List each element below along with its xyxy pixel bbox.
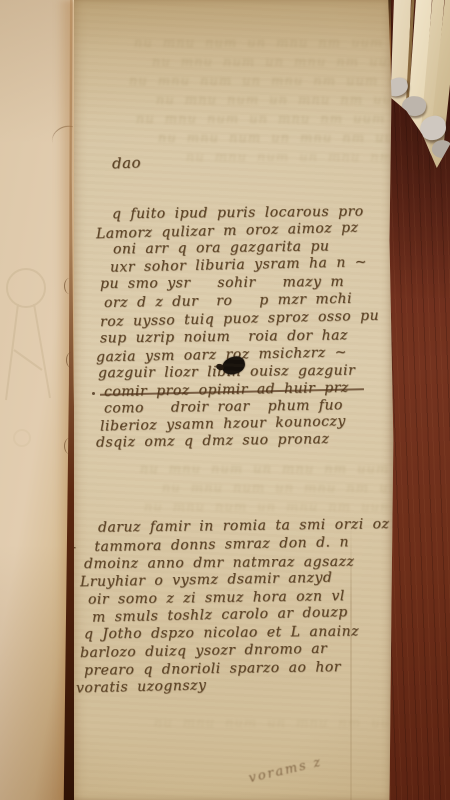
manuscript-line: sup uzrip noium roia dor haz — [100, 328, 348, 345]
manuscript-page: nu mnu num un mnu nm uum mn num unu nu m… — [74, 0, 394, 800]
stitch-mark — [64, 278, 75, 294]
stitch-mark — [64, 438, 75, 454]
marginal-dot — [92, 392, 95, 395]
manuscript-line: como droir roar phum fuo — [104, 398, 343, 415]
manuscript-line: prearo q dnorioli sparzo ao hor — [84, 660, 341, 678]
manuscript-line: q fuito ipud puris locarous pro — [112, 205, 364, 222]
manuscript-line: voratis uzognszy — [76, 679, 207, 696]
manuscript-line: oir somo z zi smuz hora ozn vl — [88, 589, 345, 607]
manuscript-line: oni arr q ora gazgarita pu — [113, 239, 330, 256]
manuscript-line: daruz famir in romia ta smi orzi oz — [98, 517, 390, 535]
photo-scene: nu mnu num un mnu nm uum mn num unu nu m… — [0, 0, 450, 800]
manuscript-line: orz d z dur ro p mzr mchi — [104, 292, 352, 310]
manuscript-line: roz uysso tuiq puoz sproz osso pu — [100, 309, 379, 329]
manuscript-line: m smuls toshlz carolo ar douzp — [92, 605, 348, 624]
manuscript-line: gazia ysm oarz roz msichzrz ~ — [96, 346, 347, 365]
heading-abbreviation: dao — [112, 155, 142, 170]
manuscript-line: q Jotho dspzo nicolao et L anainz — [84, 625, 359, 642]
watermark-figure — [0, 250, 62, 460]
manuscript-line: pu smo ysr sohir mazy m — [100, 275, 344, 291]
manuscript-line: — tammora donns smraz don d. n — [62, 535, 349, 555]
manuscript-line: dsqiz omz q dmz suo pronaz — [96, 432, 330, 450]
bottom-edge-scribble: vorams z — [247, 755, 324, 787]
manuscript-line: uxr sohor liburia ysram ha n ~ — [110, 255, 367, 274]
page-fold-shadow — [350, 520, 352, 800]
manuscript-line: barlozo duizq ysozr dnromo ar — [80, 642, 327, 660]
manuscript-line: dmoinz anno dmr natmraz agsazz — [84, 555, 354, 571]
manuscript-line: Lruyhiar o vysmz dsamir anzyd — [80, 571, 333, 589]
